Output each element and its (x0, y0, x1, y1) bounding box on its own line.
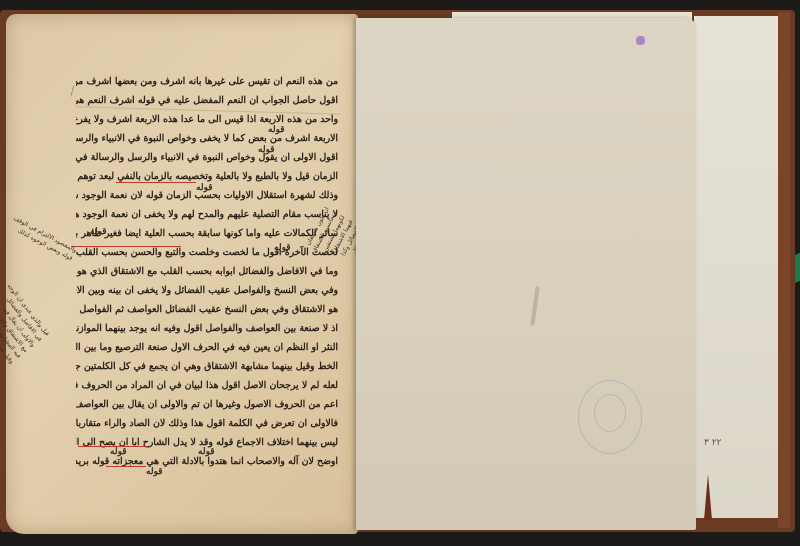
text-line: الاربعة اشرف من بعض كما لا يخفى وخواص ال… (76, 129, 338, 148)
text-line: لا يناسب مقام التصلية عليهم والمدح لهم و… (76, 205, 338, 224)
red-rubric: قوله (258, 146, 275, 155)
text-line: اعم من الحروف الاصول وغيرها ان تم والاول… (76, 395, 338, 414)
cover-tear (704, 474, 712, 520)
text-line: اقول حاصل الجواب ان النعم المفضل عليه في… (76, 91, 338, 110)
red-rubric: قوله (198, 448, 215, 457)
text-line: اقول الاولى ان يقول وخواص النبوة في الان… (76, 148, 338, 167)
text-line: وما في الافاضل والفضائل ابوابه بحسب القل… (76, 262, 338, 281)
rubric-overline (78, 446, 148, 447)
main-text-block: من هذه النعم ان تقيس على غيرها بانه اشرف… (76, 72, 338, 471)
red-rubric: قوله (90, 228, 107, 237)
text-line: من هذه النعم ان تقيس على غيرها بانه اشرف… (76, 72, 338, 91)
text-line: واحد من هذه الاربعة اذا قيس الى ما عدا ه… (76, 110, 338, 129)
text-line: فالاولى ان تعرض في الكلمة اقول هذا وذلك … (76, 414, 338, 433)
text-line: اذ لا صنعة بين العواصف والفواصل اقول وفي… (76, 319, 338, 338)
red-rubric: قوله (268, 126, 285, 135)
red-rubric: قوله (146, 468, 163, 477)
purple-ink-mark (636, 36, 645, 45)
text-line: النثر او النظم ان يعين فيه في الحرف الاو… (76, 338, 338, 357)
text-line: لعله لم لا يرجحان الاصل اقول هذا لبيان ف… (76, 376, 338, 395)
text-line: وفي بعض النسخ والفواصل عقيب الفضائل ولا … (76, 281, 338, 300)
red-rubric: قوله (274, 244, 291, 253)
rubric-overline (116, 182, 196, 183)
left-margin-notes: والمقصود الالتزام في الوقف قوله وبعض الو… (8, 214, 79, 263)
red-rubric: قوله (196, 184, 213, 193)
text-line: سائر الكمالات عليه واما كونها سابقة بحسب… (76, 224, 338, 243)
spine-edge (778, 12, 790, 528)
text-line: هو الاشتقاق وفي بعض النسخ عقيب الفضائل ا… (76, 300, 338, 319)
red-rubric: قوله (110, 448, 127, 457)
shelfmark: ٢٢ ٣ (704, 438, 721, 448)
left-margin-notes-lower: قيل والذي عندي ان الوجه في الافاضل والفض… (0, 282, 51, 366)
left-manuscript-page: من هذه النعم ان تقيس على غيرها بانه اشرف… (6, 14, 358, 534)
rubric-overline (106, 466, 146, 467)
rubric-overline (71, 246, 181, 247)
library-stamp-inner (594, 394, 626, 432)
right-flyleaf-page (356, 18, 696, 530)
text-line: الخط وقيل بينهما مشابهة الاشتقاق وهي ان … (76, 357, 338, 376)
